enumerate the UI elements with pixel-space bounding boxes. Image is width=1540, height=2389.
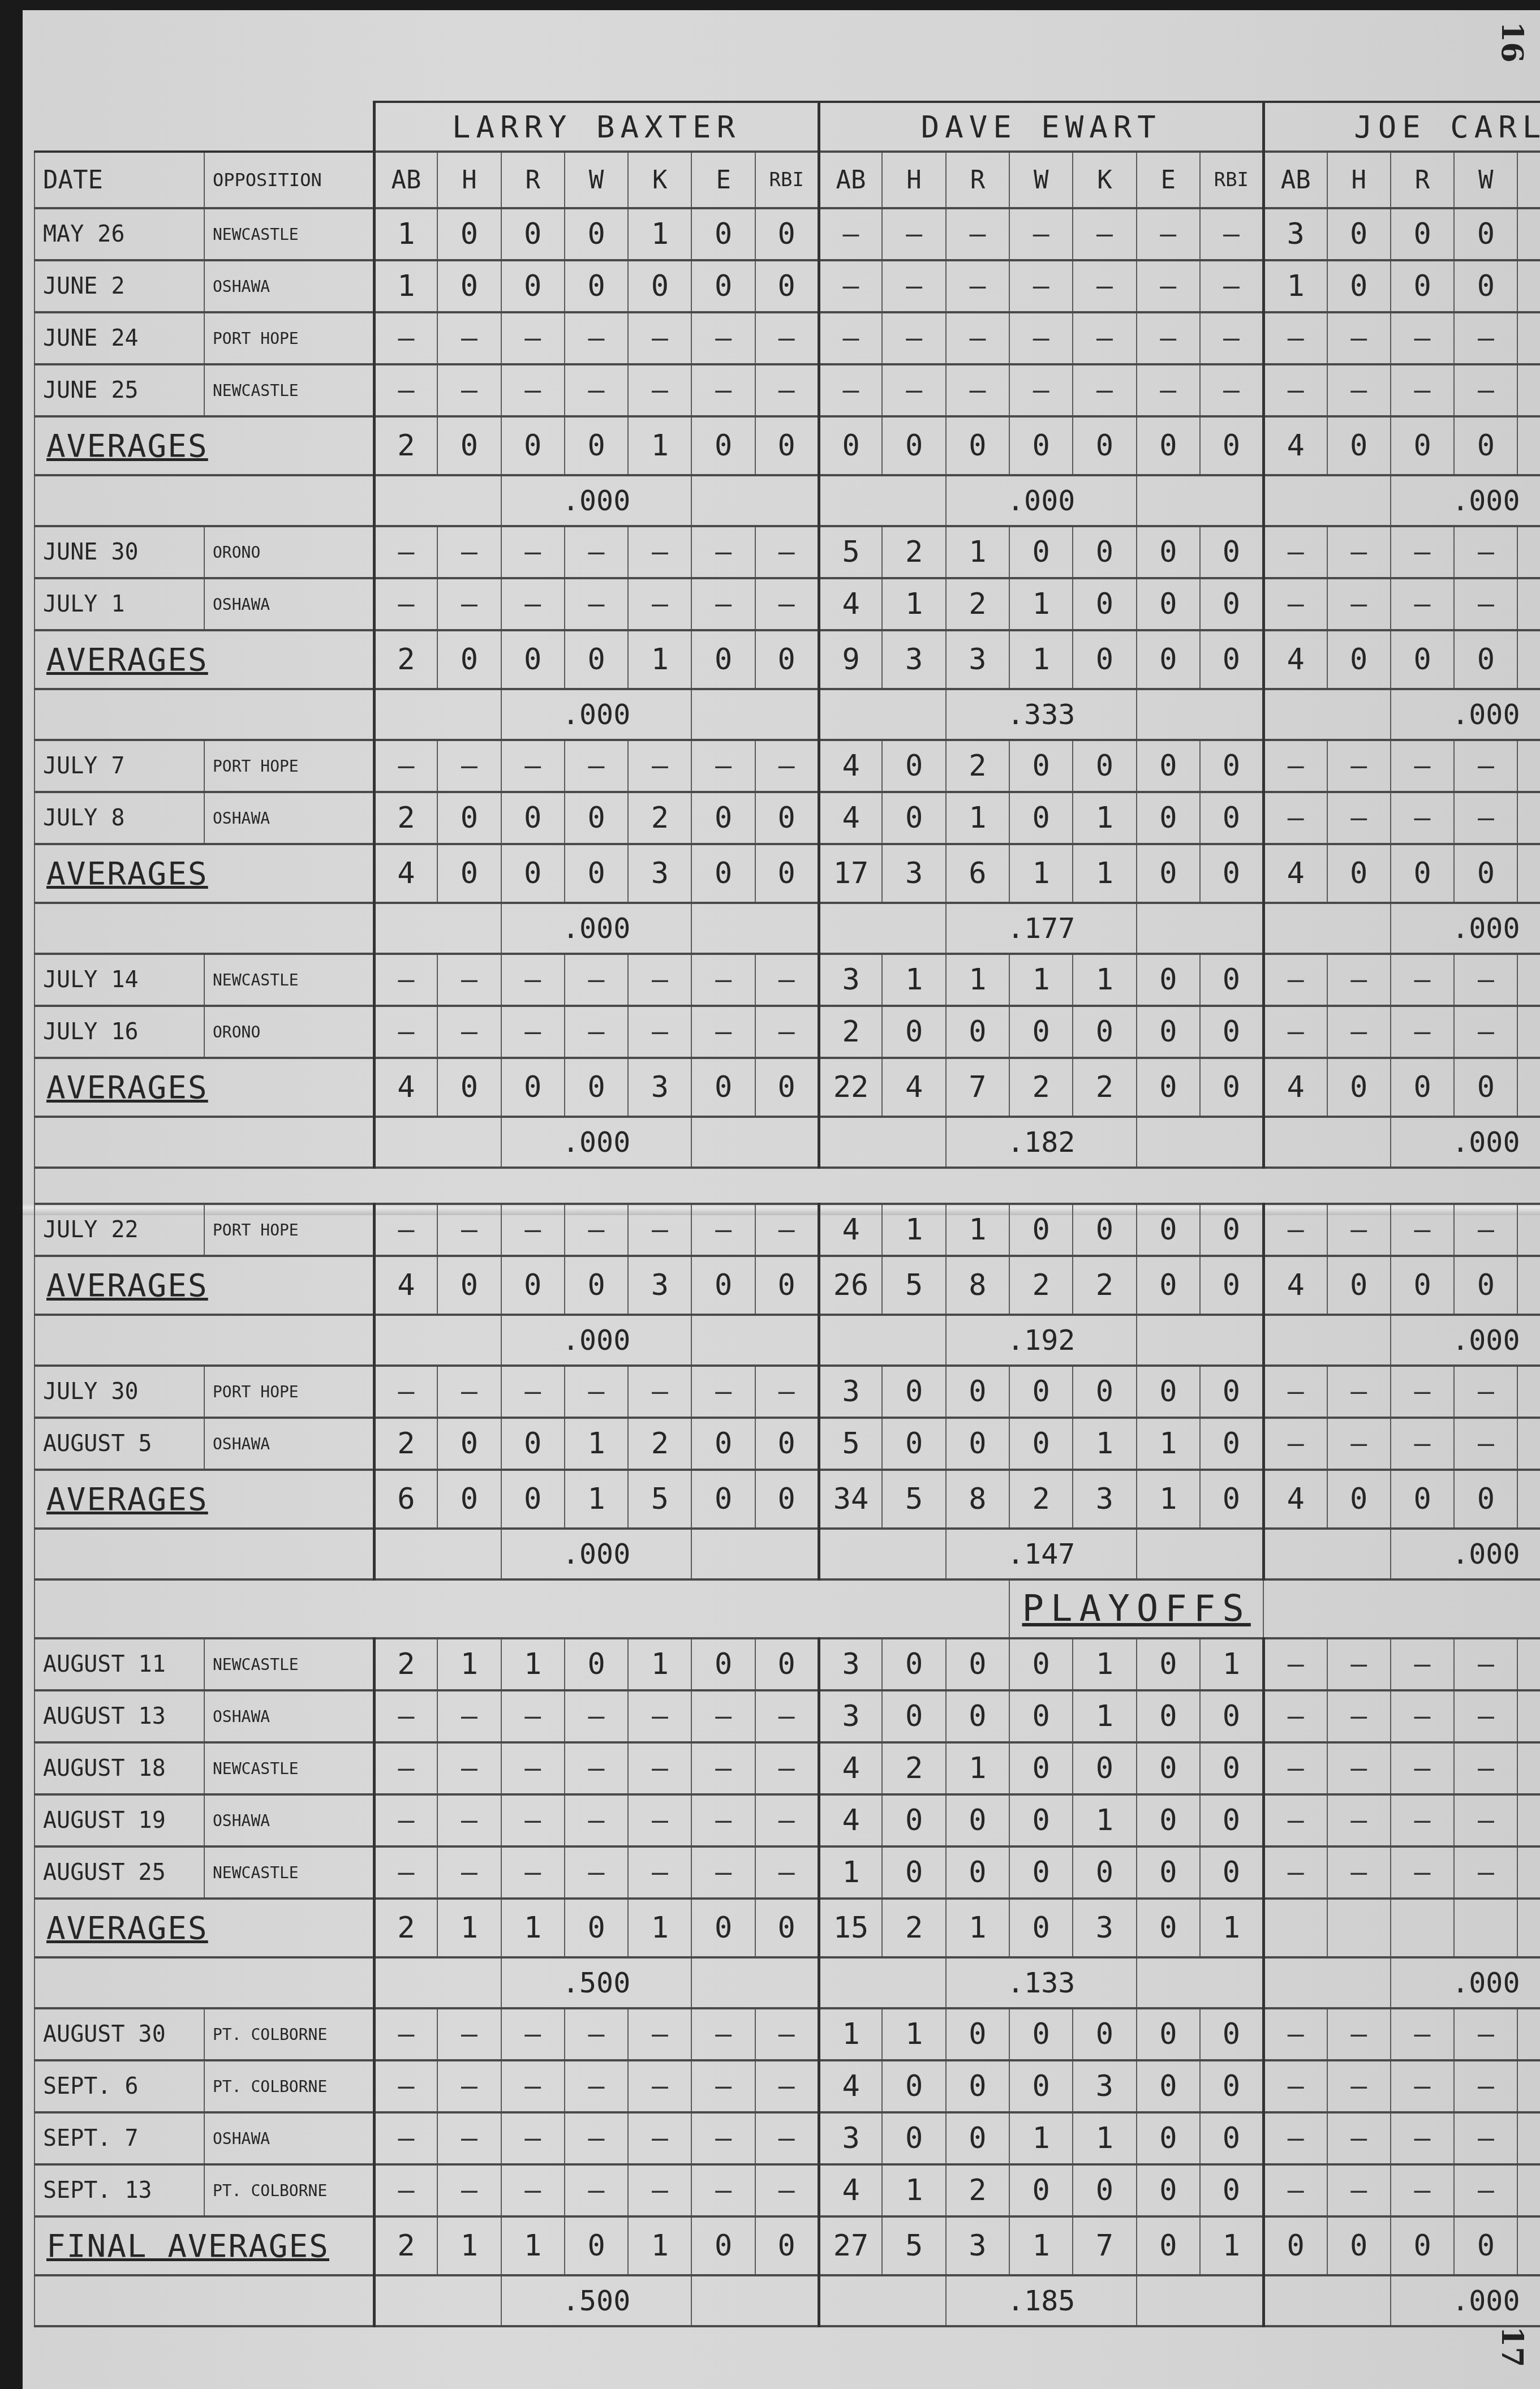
stat-r-player-3: — <box>1391 2008 1454 2060</box>
stat-w-player-3: — <box>1454 1794 1517 1846</box>
stat-r-player-1: — <box>501 578 565 630</box>
stat-r-player-1: 0 <box>501 208 565 260</box>
stat-k-player-1: — <box>628 526 691 578</box>
stat-k-player-3: — <box>1517 2008 1540 2060</box>
column-header-date: DATE <box>35 152 204 208</box>
stat-k-player-1: — <box>628 2060 691 2112</box>
stat-ab-player-3: — <box>1263 364 1327 416</box>
averages-label: AVERAGES <box>35 1899 374 1957</box>
stat-h-player-3: — <box>1327 2112 1391 2164</box>
stat-k-player-1: 3 <box>628 1058 691 1117</box>
stat-e-player-1: — <box>691 364 755 416</box>
stat-w-player-3: — <box>1454 2164 1517 2216</box>
batting-average-player-3: .000 <box>1391 475 1540 526</box>
stat-h-player-2: 1 <box>882 954 945 1006</box>
stat-r-player-1: — <box>501 1846 565 1899</box>
game-row: AUGUST 13OSHAWA———————3000100——————— <box>35 1690 1540 1742</box>
stat-r-player-1: — <box>501 526 565 578</box>
column-header-r-player-2: R <box>946 152 1009 208</box>
batting-average-row: .500.133.000 <box>35 1957 1540 2008</box>
stat-w-player-1: — <box>565 312 628 364</box>
stat-ab-player-3: — <box>1263 740 1327 792</box>
stat-h-player-1: 0 <box>437 260 501 312</box>
batting-average-player-2: .133 <box>946 1957 1137 2008</box>
stat-r-player-1: — <box>501 364 565 416</box>
batting-average-player-1: .500 <box>501 1957 692 2008</box>
stat-r-player-2: 1 <box>946 1899 1009 1957</box>
stat-w-player-2: 1 <box>1009 2216 1073 2275</box>
stat-ab-player-1: — <box>374 1846 437 1899</box>
stat-ab-player-1: — <box>374 2164 437 2216</box>
stat-r-player-2: 0 <box>946 1846 1009 1899</box>
opposition-team: PORT HOPE <box>204 740 374 792</box>
stat-ab-player-3: — <box>1263 1638 1327 1690</box>
stat-r-player-2: 0 <box>946 1794 1009 1846</box>
stat-h-player-3: 0 <box>1327 844 1391 903</box>
stat-h-player-3: — <box>1327 312 1391 364</box>
stat-k-player-3: — <box>1517 1418 1540 1470</box>
batting-average-player-1: .000 <box>501 689 692 740</box>
stat-h-player-2: 3 <box>882 630 945 689</box>
stat-ab-player-3: — <box>1263 2008 1327 2060</box>
stat-r-player-1: — <box>501 1794 565 1846</box>
stat-h-player-2: 2 <box>882 1742 945 1794</box>
stat-ab-player-2: 1 <box>819 1846 882 1899</box>
stat-e-player-2: 0 <box>1137 1794 1200 1846</box>
stat-rbi-player-1: — <box>755 1846 819 1899</box>
stat-h-player-1: 0 <box>437 1418 501 1470</box>
stat-ab-player-2: 34 <box>819 1470 882 1529</box>
stat-e-player-1: — <box>691 740 755 792</box>
stat-k-player-2: 0 <box>1073 1742 1136 1794</box>
stat-w-player-3: — <box>1454 1690 1517 1742</box>
stat-r-player-3: — <box>1391 1204 1454 1256</box>
averages-row: AVERAGES4000300173611004000301 <box>35 844 1540 903</box>
stat-h-player-2: 0 <box>882 1366 945 1418</box>
stat-rbi-player-2: 1 <box>1200 1899 1263 1957</box>
stat-w-player-1: — <box>565 1006 628 1058</box>
stat-ab-player-3: — <box>1263 2112 1327 2164</box>
batting-average-row: .000.192.000 <box>35 1315 1540 1366</box>
stat-k-player-2: — <box>1073 260 1136 312</box>
stat-r-player-2: 2 <box>946 2164 1009 2216</box>
stat-ab-player-3 <box>1263 1899 1327 1957</box>
game-date: SEPT. 7 <box>35 2112 204 2164</box>
stat-h-player-3: — <box>1327 1006 1391 1058</box>
stat-h-player-1: 0 <box>437 844 501 903</box>
stat-rbi-player-1: — <box>755 1204 819 1256</box>
averages-row: AVERAGES200010093310004000301 <box>35 630 1540 689</box>
stat-ab-player-2: 3 <box>819 954 882 1006</box>
stat-h-player-3: — <box>1327 1742 1391 1794</box>
stat-k-player-2: 0 <box>1073 1006 1136 1058</box>
stat-k-player-2: 1 <box>1073 792 1136 844</box>
stat-h-player-2: — <box>882 312 945 364</box>
stat-ab-player-1: 1 <box>374 260 437 312</box>
stat-e-player-1: 0 <box>691 1058 755 1117</box>
averages-row: AVERAGES211010015210301 <box>35 1899 1540 1957</box>
stat-r-player-3: 0 <box>1391 1058 1454 1117</box>
stat-r-player-2: — <box>946 312 1009 364</box>
stat-r-player-1: — <box>501 1204 565 1256</box>
stat-k-player-2: 0 <box>1073 740 1136 792</box>
stat-k-player-3: — <box>1517 2112 1540 2164</box>
stat-w-player-1: — <box>565 2060 628 2112</box>
stat-e-player-1: — <box>691 1690 755 1742</box>
stat-w-player-3: — <box>1454 1006 1517 1058</box>
stat-rbi-player-1: — <box>755 2164 819 2216</box>
stat-e-player-1: 0 <box>691 1638 755 1690</box>
opposition-team: PT. COLBORNE <box>204 2008 374 2060</box>
batting-average-player-1: .000 <box>501 1529 692 1579</box>
stat-h-player-1: 1 <box>437 1899 501 1957</box>
stat-k-player-1: — <box>628 2164 691 2216</box>
game-date: MAY 26 <box>35 208 204 260</box>
game-row: JULY 7PORT HOPE———————4020000——————— <box>35 740 1540 792</box>
stat-ab-player-3: — <box>1263 1366 1327 1418</box>
batting-average-player-1: .000 <box>501 903 692 954</box>
column-header-row: DATE OPPOSITION ABHRWKERBIABHRWKERBIABHR… <box>35 152 1540 208</box>
stat-rbi-player-2: 0 <box>1200 2164 1263 2216</box>
stat-r-player-2: 0 <box>946 2112 1009 2164</box>
stat-ab-player-3: — <box>1263 526 1327 578</box>
averages-row: AVERAGES4000300265822004000301 <box>35 1256 1540 1315</box>
stat-w-player-1: 0 <box>565 1638 628 1690</box>
stat-h-player-1: — <box>437 1794 501 1846</box>
stat-w-player-1: — <box>565 1742 628 1794</box>
stat-r-player-2: 1 <box>946 954 1009 1006</box>
stat-w-player-1: — <box>565 954 628 1006</box>
batting-average-player-1: .500 <box>501 2275 692 2326</box>
stat-k-player-1: 1 <box>628 416 691 475</box>
stat-ab-player-3: 0 <box>1263 2216 1327 2275</box>
stat-rbi-player-1: — <box>755 1366 819 1418</box>
stat-e-player-1: 0 <box>691 260 755 312</box>
page-number-top: 16 <box>1494 21 1529 62</box>
stat-w-player-2: 1 <box>1009 844 1073 903</box>
stat-ab-player-2: 9 <box>819 630 882 689</box>
stat-h-player-1: 0 <box>437 1470 501 1529</box>
stat-h-player-1: 0 <box>437 416 501 475</box>
game-row: JUNE 25NEWCASTLE————————————————————— <box>35 364 1540 416</box>
stat-k-player-3: 0 <box>1517 2216 1540 2275</box>
stat-k-player-1: — <box>628 954 691 1006</box>
stat-k-player-3: — <box>1517 1742 1540 1794</box>
stat-h-player-1: 0 <box>437 630 501 689</box>
stat-k-player-2: 1 <box>1073 954 1136 1006</box>
stat-w-player-1: 1 <box>565 1418 628 1470</box>
stat-e-player-1: 0 <box>691 2216 755 2275</box>
stat-r-player-1: 0 <box>501 260 565 312</box>
stat-rbi-player-1: 0 <box>755 208 819 260</box>
stat-k-player-3: — <box>1517 2060 1540 2112</box>
stat-w-player-2: 0 <box>1009 1846 1073 1899</box>
stat-e-player-2: 0 <box>1137 1899 1200 1957</box>
stat-k-player-2: 0 <box>1073 578 1136 630</box>
stat-rbi-player-2: 0 <box>1200 1470 1263 1529</box>
stat-r-player-1: — <box>501 2164 565 2216</box>
column-header-e-player-1: E <box>691 152 755 208</box>
stat-ab-player-1: 2 <box>374 792 437 844</box>
batting-average-player-2: .333 <box>946 689 1137 740</box>
column-header-h-player-1: H <box>437 152 501 208</box>
stat-rbi-player-1: — <box>755 526 819 578</box>
game-date: JULY 22 <box>35 1204 204 1256</box>
stat-r-player-1: — <box>501 954 565 1006</box>
column-header-e-player-2: E <box>1137 152 1200 208</box>
stat-w-player-3: — <box>1454 1418 1517 1470</box>
stat-k-player-3: 3 <box>1517 416 1540 475</box>
stat-k-player-2: 0 <box>1073 526 1136 578</box>
stat-r-player-1: 0 <box>501 630 565 689</box>
stat-w-player-2: 0 <box>1009 1638 1073 1690</box>
stat-h-player-3: — <box>1327 526 1391 578</box>
stat-h-player-2: 0 <box>882 1418 945 1470</box>
stat-h-player-2: 5 <box>882 1470 945 1529</box>
stat-k-player-2: 7 <box>1073 2216 1136 2275</box>
stat-w-player-3: — <box>1454 578 1517 630</box>
stat-k-player-3: — <box>1517 740 1540 792</box>
stat-h-player-3: — <box>1327 1638 1391 1690</box>
stat-w-player-2: 0 <box>1009 416 1073 475</box>
stat-k-player-3: — <box>1517 1846 1540 1899</box>
stat-h-player-3: — <box>1327 2164 1391 2216</box>
opposition-team: OSHAWA <box>204 1418 374 1470</box>
stat-w-player-3: — <box>1454 1846 1517 1899</box>
stat-r-player-2: — <box>946 260 1009 312</box>
batting-average-row: .000.147.000 <box>35 1529 1540 1579</box>
stat-h-player-1: — <box>437 1846 501 1899</box>
stat-ab-player-1: — <box>374 364 437 416</box>
playoffs-heading-row: PLAYOFFS <box>35 1579 1540 1638</box>
stat-k-player-1: 2 <box>628 1418 691 1470</box>
game-date: JUNE 30 <box>35 526 204 578</box>
stat-ab-player-1: 4 <box>374 844 437 903</box>
stat-k-player-3: 2 <box>1517 208 1540 260</box>
stat-e-player-2: 0 <box>1137 1742 1200 1794</box>
stat-r-player-1: — <box>501 1366 565 1418</box>
stat-w-player-1: — <box>565 1204 628 1256</box>
stat-ab-player-2: 3 <box>819 1638 882 1690</box>
stat-e-player-1: — <box>691 1366 755 1418</box>
stat-k-player-1: — <box>628 1794 691 1846</box>
stat-ab-player-3: — <box>1263 1690 1327 1742</box>
stat-ab-player-1: 1 <box>374 208 437 260</box>
stat-w-player-2: 0 <box>1009 1006 1073 1058</box>
game-date: AUGUST 13 <box>35 1690 204 1742</box>
stat-h-player-1: — <box>437 578 501 630</box>
stat-h-player-1: — <box>437 2164 501 2216</box>
stat-w-player-3 <box>1454 1899 1517 1957</box>
stat-r-player-3 <box>1391 1899 1454 1957</box>
stat-k-player-2: — <box>1073 364 1136 416</box>
stat-h-player-3: — <box>1327 1794 1391 1846</box>
stat-e-player-1: — <box>691 2112 755 2164</box>
stat-k-player-2: 1 <box>1073 1690 1136 1742</box>
stat-k-player-3: — <box>1517 578 1540 630</box>
stat-r-player-3: — <box>1391 2060 1454 2112</box>
stat-r-player-2: 0 <box>946 1638 1009 1690</box>
stat-rbi-player-2: — <box>1200 208 1263 260</box>
stat-r-player-1: — <box>501 740 565 792</box>
stat-w-player-3: 0 <box>1454 1058 1517 1117</box>
stat-e-player-1: — <box>691 1204 755 1256</box>
stat-r-player-1: — <box>501 2008 565 2060</box>
stat-r-player-1: 0 <box>501 1418 565 1470</box>
stat-h-player-1: — <box>437 1742 501 1794</box>
stat-r-player-3: — <box>1391 2112 1454 2164</box>
stat-ab-player-1: 2 <box>374 1638 437 1690</box>
averages-label: FINAL AVERAGES <box>35 2216 374 2275</box>
stat-h-player-3: — <box>1327 954 1391 1006</box>
stat-w-player-1: — <box>565 1366 628 1418</box>
stat-ab-player-1: — <box>374 1742 437 1794</box>
stat-e-player-1: — <box>691 526 755 578</box>
stat-ab-player-2: — <box>819 208 882 260</box>
column-header-r-player-3: R <box>1391 152 1454 208</box>
stat-e-player-1: — <box>691 2060 755 2112</box>
game-date: AUGUST 18 <box>35 1742 204 1794</box>
stat-w-player-1: — <box>565 1794 628 1846</box>
stat-r-player-2: 3 <box>946 630 1009 689</box>
stat-w-player-2: 0 <box>1009 1690 1073 1742</box>
stat-ab-player-2: 2 <box>819 1006 882 1058</box>
stat-ab-player-1: 2 <box>374 630 437 689</box>
stat-k-player-1: — <box>628 578 691 630</box>
stat-rbi-player-1: — <box>755 740 819 792</box>
game-date: JULY 30 <box>35 1366 204 1418</box>
stat-ab-player-1: — <box>374 2060 437 2112</box>
stat-ab-player-2: — <box>819 312 882 364</box>
stat-h-player-1: — <box>437 1204 501 1256</box>
stat-ab-player-3: 4 <box>1263 630 1327 689</box>
game-date: JULY 14 <box>35 954 204 1006</box>
stat-r-player-3: — <box>1391 1638 1454 1690</box>
stat-k-player-1: — <box>628 312 691 364</box>
stat-r-player-3: — <box>1391 1366 1454 1418</box>
stat-w-player-2: 1 <box>1009 630 1073 689</box>
stat-ab-player-2: 17 <box>819 844 882 903</box>
opposition-team: OSHAWA <box>204 1794 374 1846</box>
stat-r-player-3: — <box>1391 1846 1454 1899</box>
stat-e-player-1: 0 <box>691 208 755 260</box>
stat-e-player-2: — <box>1137 312 1200 364</box>
stat-r-player-1: — <box>501 1690 565 1742</box>
stat-e-player-1: — <box>691 2008 755 2060</box>
batting-average-row: .000.177.000 <box>35 903 1540 954</box>
stat-r-player-3: 0 <box>1391 844 1454 903</box>
stat-r-player-3: — <box>1391 1690 1454 1742</box>
stat-rbi-player-2: — <box>1200 312 1263 364</box>
game-date: SEPT. 6 <box>35 2060 204 2112</box>
stat-rbi-player-1: — <box>755 578 819 630</box>
stat-h-player-2: 0 <box>882 1638 945 1690</box>
stat-w-player-3: — <box>1454 1204 1517 1256</box>
batting-average-player-3: .000 <box>1391 1957 1540 2008</box>
stat-w-player-3: — <box>1454 312 1517 364</box>
stat-r-player-1: 0 <box>501 1470 565 1529</box>
stat-r-player-1: 1 <box>501 2216 565 2275</box>
stat-ab-player-3: 1 <box>1263 260 1327 312</box>
stat-w-player-2: 2 <box>1009 1256 1073 1315</box>
stat-k-player-3: 3 <box>1517 1470 1540 1529</box>
stat-ab-player-2: 4 <box>819 2060 882 2112</box>
stat-k-player-3: — <box>1517 1690 1540 1742</box>
stat-k-player-2: 2 <box>1073 1256 1136 1315</box>
stat-rbi-player-2: 0 <box>1200 792 1263 844</box>
stat-rbi-player-2: 0 <box>1200 1742 1263 1794</box>
stat-ab-player-1: 2 <box>374 1899 437 1957</box>
stat-e-player-1: 0 <box>691 844 755 903</box>
player-name-2: DAVE EWART <box>819 102 1263 152</box>
stat-ab-player-2: — <box>819 260 882 312</box>
stat-ab-player-1: — <box>374 1366 437 1418</box>
game-row: MAY 26NEWCASTLE1000100———————3000201 <box>35 208 1540 260</box>
stat-h-player-1: 0 <box>437 208 501 260</box>
stat-rbi-player-2: 0 <box>1200 1366 1263 1418</box>
opposition-team: PORT HOPE <box>204 1366 374 1418</box>
stat-e-player-2: — <box>1137 364 1200 416</box>
stat-ab-player-2: 4 <box>819 740 882 792</box>
column-header-ab-player-1: AB <box>374 152 437 208</box>
opposition-team: OSHAWA <box>204 578 374 630</box>
stat-w-player-2: — <box>1009 260 1073 312</box>
stat-ab-player-1: — <box>374 1690 437 1742</box>
stat-ab-player-1: — <box>374 954 437 1006</box>
stat-h-player-2: 5 <box>882 2216 945 2275</box>
stat-e-player-1: 0 <box>691 1470 755 1529</box>
averages-row: AVERAGES200010000000004000301 <box>35 416 1540 475</box>
stat-w-player-1: 1 <box>565 1470 628 1529</box>
stat-ab-player-1: 4 <box>374 1256 437 1315</box>
batting-average-player-1: .000 <box>501 475 692 526</box>
stat-k-player-2: 0 <box>1073 1366 1136 1418</box>
game-row: AUGUST 30PT. COLBORNE———————1100000—————… <box>35 2008 1540 2060</box>
opposition-team: OSHAWA <box>204 792 374 844</box>
stat-ab-player-2: — <box>819 364 882 416</box>
stat-k-player-1: 1 <box>628 1638 691 1690</box>
stat-r-player-2: 1 <box>946 1742 1009 1794</box>
stat-w-player-3: — <box>1454 1366 1517 1418</box>
stat-e-player-2: 0 <box>1137 2164 1200 2216</box>
stat-rbi-player-2: 0 <box>1200 416 1263 475</box>
stat-e-player-2: 0 <box>1137 954 1200 1006</box>
stat-k-player-2: — <box>1073 312 1136 364</box>
stat-h-player-3: 0 <box>1327 1058 1391 1117</box>
stat-h-player-2: — <box>882 208 945 260</box>
stat-k-player-1: 1 <box>628 2216 691 2275</box>
stat-h-player-2: — <box>882 364 945 416</box>
stat-h-player-3: 0 <box>1327 260 1391 312</box>
stat-k-player-1: 2 <box>628 792 691 844</box>
game-row: JULY 22PORT HOPE———————4110000——————— <box>35 1204 1540 1256</box>
stat-w-player-3: 0 <box>1454 416 1517 475</box>
stat-r-player-3: 0 <box>1391 260 1454 312</box>
stat-h-player-3: — <box>1327 1690 1391 1742</box>
game-row: JULY 1OSHAWA———————4121000——————— <box>35 578 1540 630</box>
stat-w-player-2: 0 <box>1009 1366 1073 1418</box>
stat-rbi-player-2: 0 <box>1200 1204 1263 1256</box>
stat-rbi-player-1: 0 <box>755 1470 819 1529</box>
stat-r-player-2: 2 <box>946 578 1009 630</box>
stat-k-player-2: 3 <box>1073 1470 1136 1529</box>
stat-r-player-2: 0 <box>946 416 1009 475</box>
batting-average-row: .000.333.000 <box>35 689 1540 740</box>
stat-k-player-3: 3 <box>1517 1256 1540 1315</box>
stat-ab-player-3: — <box>1263 2060 1327 2112</box>
stat-ab-player-1: 4 <box>374 1058 437 1117</box>
stat-rbi-player-2: — <box>1200 364 1263 416</box>
